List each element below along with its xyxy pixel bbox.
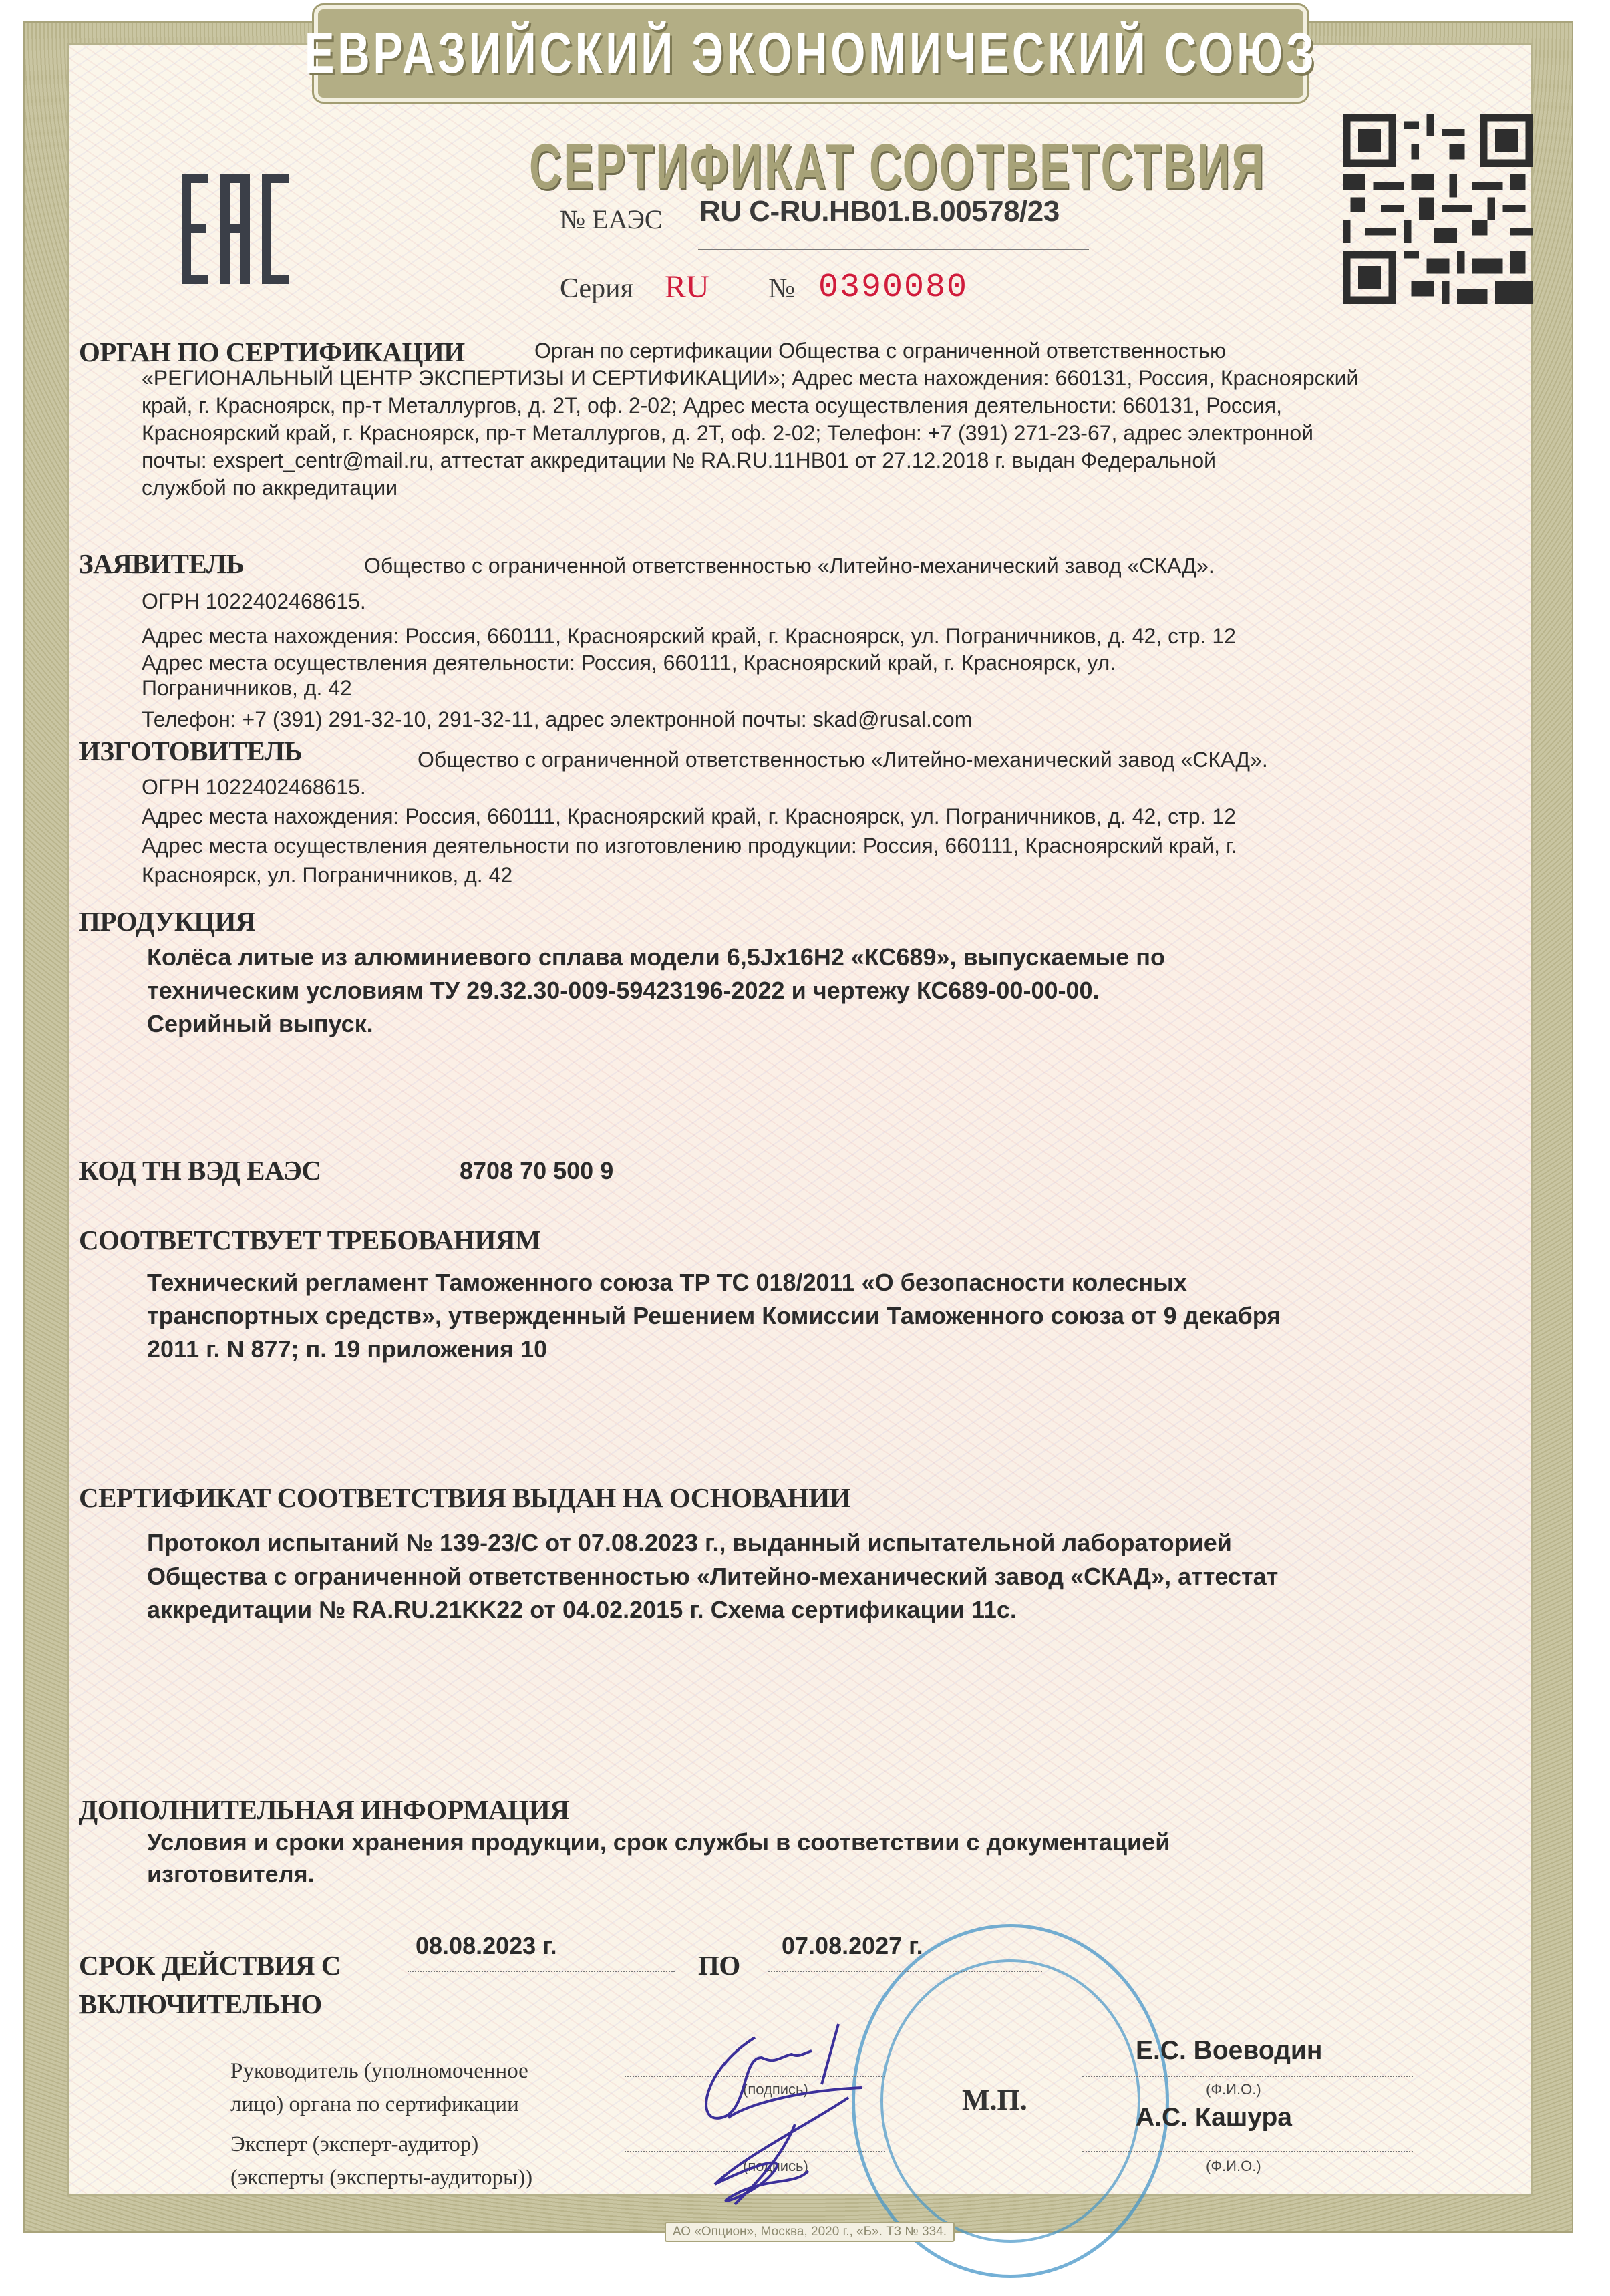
manufacturer-production-address-cont: Красноярск, ул. Пограничников, д. 42 (142, 862, 512, 889)
certification-body-line-4: Красноярский край, г. Красноярск, пр-т М… (142, 420, 1530, 447)
basis-heading: СЕРТИФИКАТ СООТВЕТСТВИЯ ВЫДАН НА ОСНОВАН… (79, 1482, 850, 1514)
conformity-line-1: Технический регламент Таможенного союза … (147, 1267, 1530, 1297)
union-title: ЕВРАЗИЙСКИЙ ЭКОНОМИЧЕСКИЙ СОЮЗ (305, 21, 1317, 87)
product-heading: ПРОДУКЦИЯ (79, 905, 255, 937)
additional-line-2: изготовителя. (147, 1859, 315, 1889)
additional-line-1: Условия и сроки хранения продукции, срок… (147, 1827, 1530, 1857)
certification-body-line-3: край, г. Красноярск, пр-т Металлургов, д… (142, 392, 1530, 420)
eac-logo-icon (180, 174, 294, 284)
certification-body-line-5: почты: exspert_centr@mail.ru, аттестат а… (142, 447, 1530, 474)
certification-body-line-6: службой по аккредитации (142, 474, 397, 502)
certificate-number: RU C-RU.НВ01.В.00578/23 (699, 195, 1060, 228)
certification-body-line-2: «РЕГИОНАЛЬНЫЙ ЦЕНТР ЭКСПЕРТИЗЫ И СЕРТИФИ… (142, 365, 1530, 392)
applicant-name: Общество с ограниченной ответственностью… (364, 552, 1215, 580)
validity-date-from: 08.08.2023 г. (416, 1931, 557, 1961)
validity-to-underline (768, 1971, 1042, 1972)
basis-line-2: Общества с ограниченной ответственностью… (147, 1561, 1530, 1591)
product-line-3: Серийный выпуск. (147, 1009, 373, 1039)
certification-body-heading: ОРГАН ПО СЕРТИФИКАЦИИ (79, 336, 465, 368)
printer-imprint: АО «Опцион», Москва, 2020 г., «Б». ТЗ № … (665, 2222, 955, 2242)
validity-date-to: 07.08.2027 г. (782, 1931, 923, 1961)
stamp-place-label: М.П. (962, 2083, 1027, 2117)
handwritten-signature-icon (661, 2017, 942, 2211)
head-name-caption: (Ф.И.О.) (1206, 2081, 1261, 2098)
applicant-contacts: Телефон: +7 (391) 291-32-10, 291-32-11, … (142, 706, 972, 733)
head-label-line-1: Руководитель (уполномоченное (230, 2054, 528, 2088)
applicant-address: Адрес места нахождения: Россия, 660111, … (142, 623, 1236, 650)
union-banner: ЕВРАЗИЙСКИЙ ЭКОНОМИЧЕСКИЙ СОЮЗ (314, 5, 1307, 102)
form-number-value: 0390080 (818, 269, 968, 307)
validity-from-underline (408, 1971, 675, 1972)
head-label-line-2: лицо) органа по сертификации (230, 2088, 519, 2121)
expert-label-line-2: (эксперты (эксперты-аудиторы)) (230, 2161, 532, 2194)
conformity-line-2: транспортных средств», утвержденный Реше… (147, 1301, 1530, 1331)
basis-line-3: аккредитации № RA.RU.21KK22 от 04.02.201… (147, 1595, 1017, 1625)
certificate-number-underline (698, 249, 1089, 250)
applicant-heading: ЗАЯВИТЕЛЬ (79, 548, 244, 580)
basis-line-1: Протокол испытаний № 139-23/С от 07.08.2… (147, 1528, 1530, 1558)
expert-name-line (1082, 2151, 1413, 2152)
conformity-heading: СООТВЕТСТВУЕТ ТРЕБОВАНИЯМ (79, 1224, 540, 1256)
additional-heading: ДОПОЛНИТЕЛЬНАЯ ИНФОРМАЦИЯ (79, 1794, 569, 1826)
expert-name-caption: (Ф.И.О.) (1206, 2158, 1261, 2175)
conformity-line-3: 2011 г. N 877; п. 19 приложения 10 (147, 1334, 547, 1364)
expert-label-line-1: Эксперт (эксперт-аудитор) (230, 2128, 478, 2161)
certificate-number-label: № ЕАЭС (560, 204, 663, 235)
applicant-activity-address-cont: Пограничников, д. 42 (142, 675, 352, 702)
validity-to-label: ПО (698, 1949, 740, 1981)
hs-code-label: КОД ТН ВЭД ЕАЭС (79, 1154, 321, 1186)
form-number-label: № (768, 273, 795, 305)
validity-from-label: СРОК ДЕЙСТВИЯ С (79, 1949, 341, 1981)
applicant-ogrn: ОГРН 1022402468615. (142, 588, 366, 615)
manufacturer-production-address: Адрес места осуществления деятельности п… (142, 832, 1530, 860)
validity-inclusive: ВКЛЮЧИТЕЛЬНО (79, 1988, 322, 2020)
manufacturer-heading: ИЗГОТОВИТЕЛЬ (79, 735, 302, 767)
manufacturer-address: Адрес места нахождения: Россия, 660111, … (142, 803, 1236, 830)
head-name: Е.С. Воеводин (1136, 2036, 1322, 2066)
expert-name: А.С. Кашура (1136, 2103, 1292, 2132)
hs-code-value: 8708 70 500 9 (460, 1156, 613, 1186)
certification-body-line-1: Орган по сертификации Общества с огранич… (534, 337, 1530, 365)
certificate-title: СЕРТИФИКАТ СООТВЕТСТВИЯ (529, 130, 1128, 204)
head-name-line (1082, 2076, 1413, 2077)
manufacturer-ogrn: ОГРН 1022402468615. (142, 774, 366, 801)
qr-code-icon[interactable] (1343, 114, 1533, 304)
series-value: RU (665, 269, 709, 305)
manufacturer-name: Общество с ограниченной ответственностью… (418, 746, 1530, 774)
applicant-activity-address: Адрес места осуществления деятельности: … (142, 649, 1530, 677)
series-label: Серия (560, 273, 633, 305)
product-line-2: техническим условиям ТУ 29.32.30-009-594… (147, 975, 1100, 1005)
product-line-1: Колёса литые из алюминиевого сплава моде… (147, 942, 1530, 972)
